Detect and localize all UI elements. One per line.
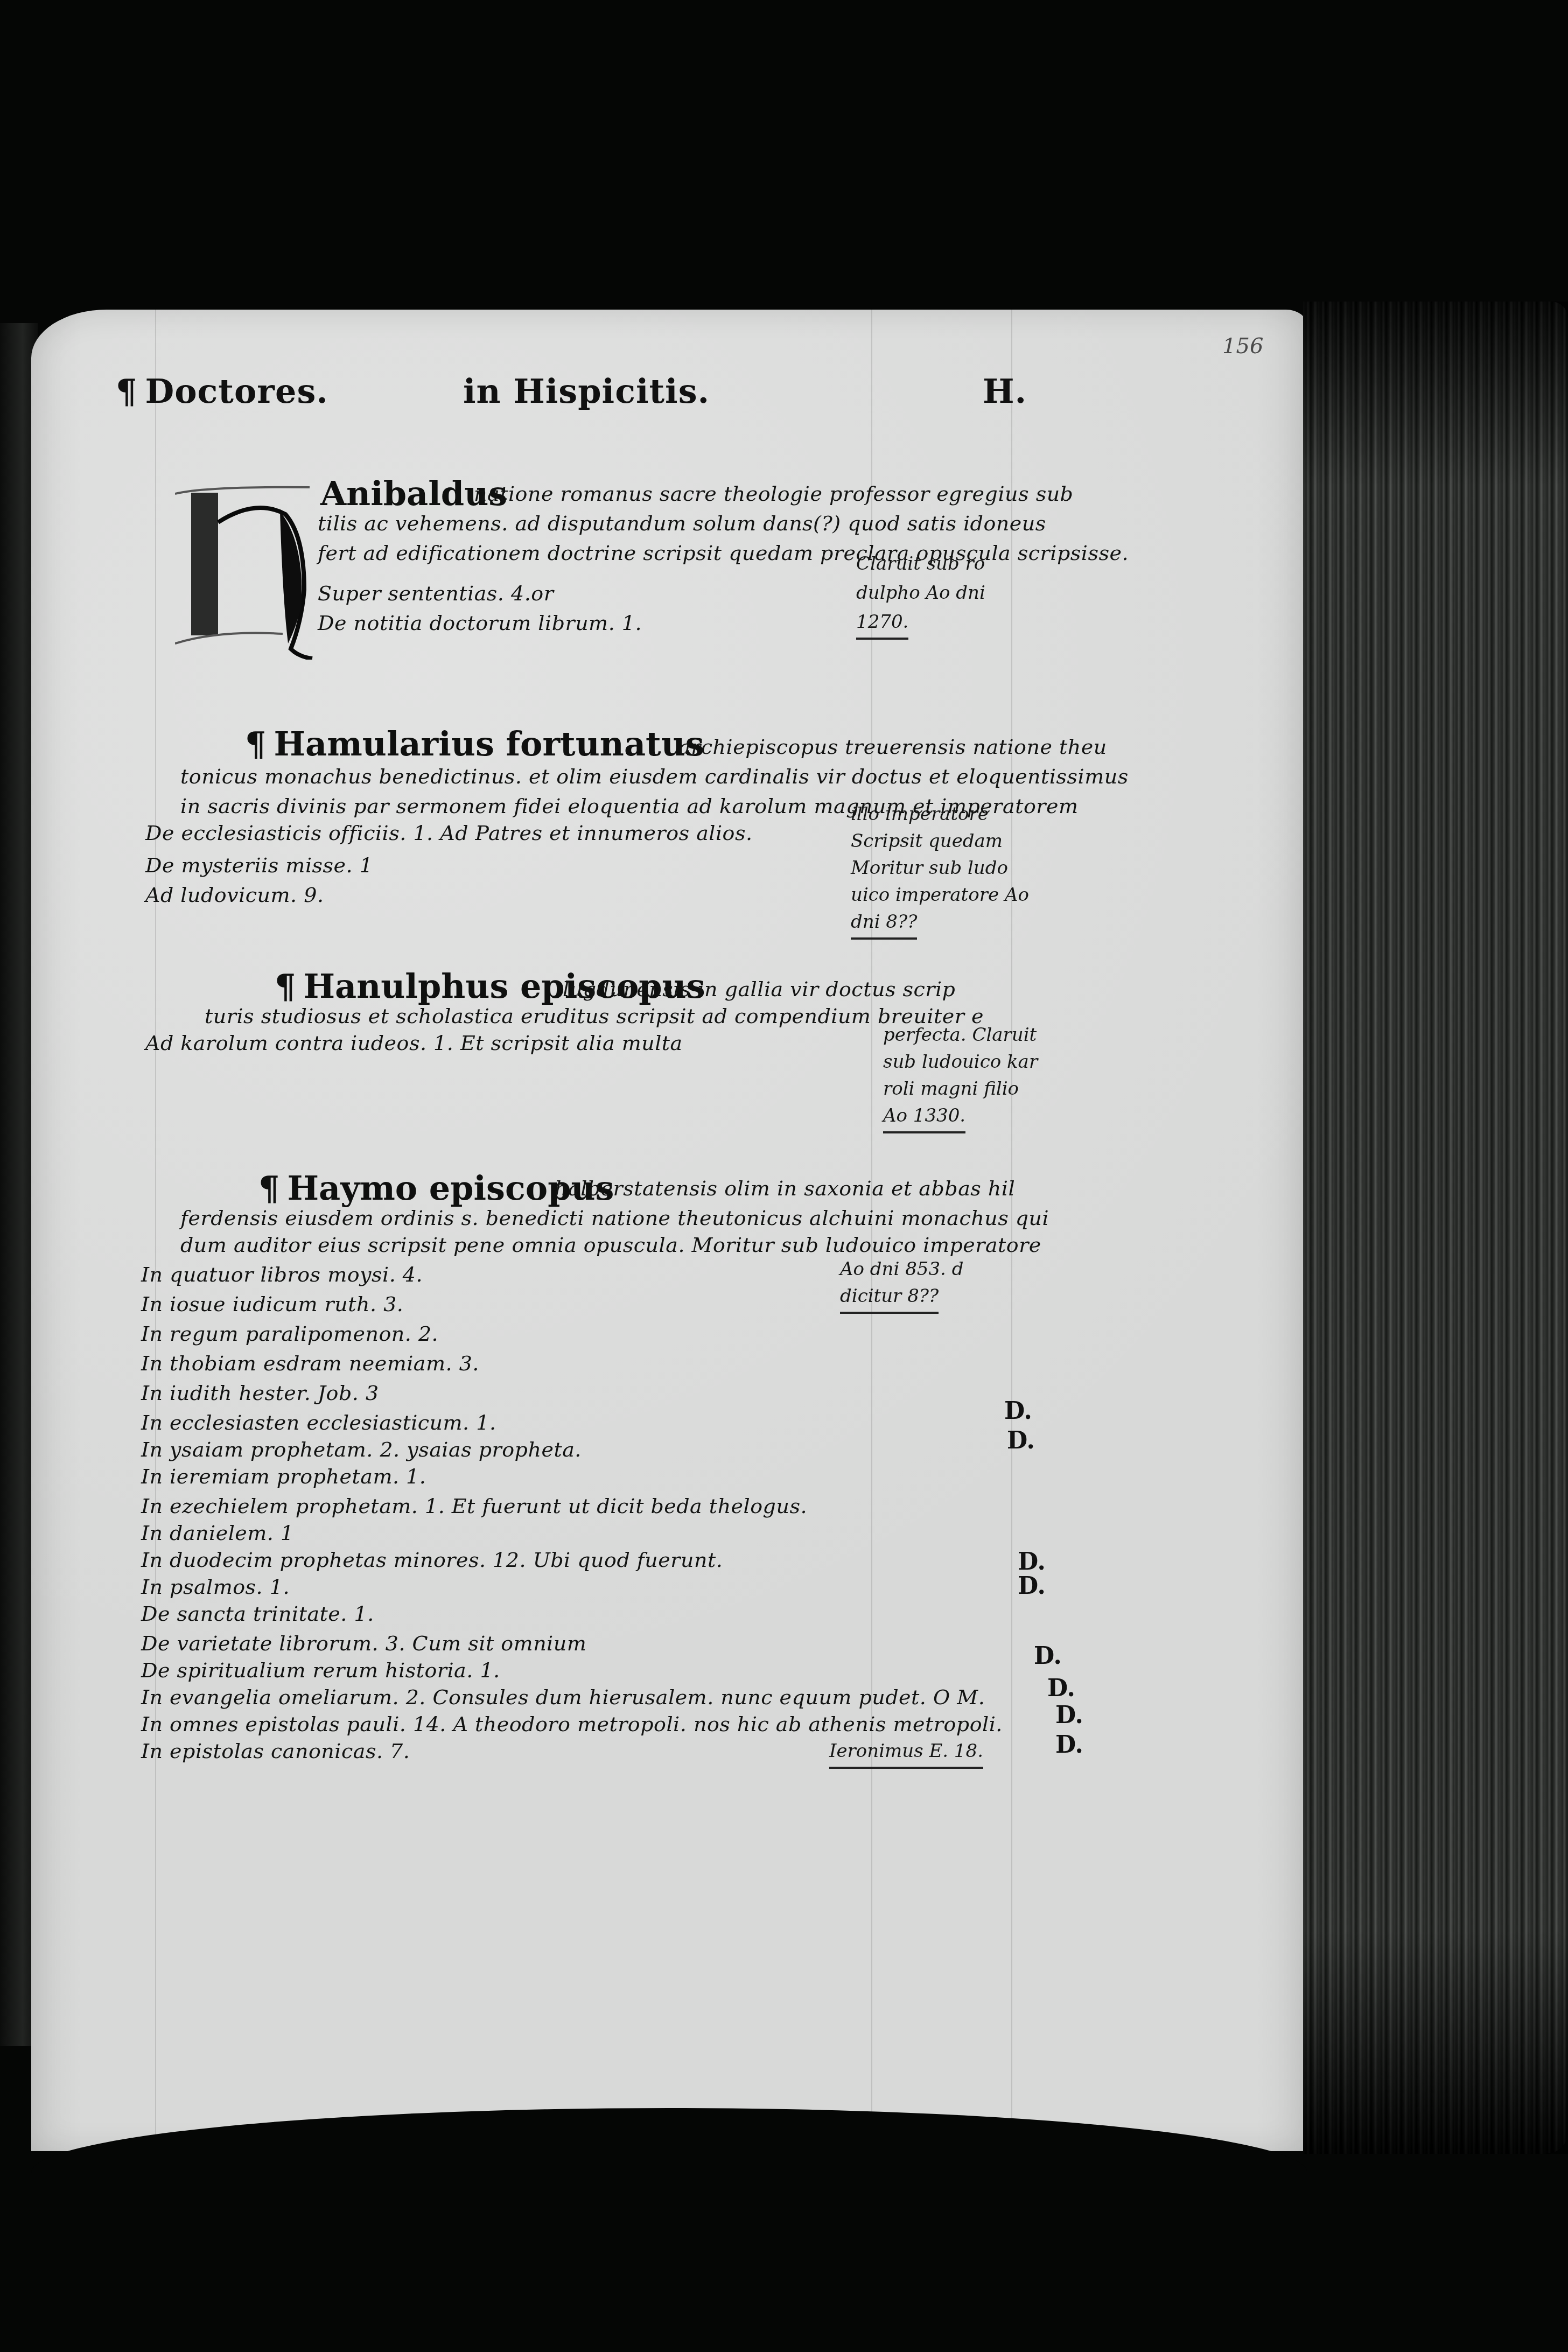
entry-line: tilis ac vehemens. ad disputandum solum …	[318, 512, 1046, 535]
work-line: De mysteriis misse. 1	[145, 853, 373, 877]
entry-line: ferdensis eiusdem ordinis s. benedicti n…	[180, 1206, 1049, 1230]
work-line: In iosue iudicum ruth. 3.	[141, 1292, 403, 1316]
margin-marker-d: D.	[1034, 1642, 1062, 1670]
work-line: In danielem. 1	[141, 1521, 294, 1545]
margin-note-line: Ao dni 853. d	[840, 1255, 963, 1284]
entry-line: fert ad edificationem doctrine scripsit …	[318, 541, 1129, 565]
entry-line: archiepiscopus treuerensis natione theu	[678, 735, 1107, 759]
margin-note-date: Ao 1330.	[883, 1101, 965, 1133]
work-line: In psalmos. 1.	[141, 1575, 290, 1599]
pilcrow-icon: ¶	[116, 372, 137, 411]
work-line: In duodecim prophetas minores. 12. Ubi q…	[141, 1548, 723, 1572]
work-line: In omnes epistolas pauli. 14. A theodoro…	[141, 1712, 1003, 1736]
entry-line: halberstatensis olim in saxonia et abbas…	[555, 1177, 1015, 1200]
work-line: In ysaiam prophetam. 2. ysaias propheta.	[141, 1438, 582, 1461]
ruling-line	[155, 310, 156, 2151]
folio-number: 156	[1222, 334, 1263, 359]
margin-note-line: uico imperatore Ao	[851, 880, 1029, 909]
header-center: in Hispicitis.	[463, 372, 710, 411]
work-line: Ad karolum contra iudeos. 1. Et scripsit…	[145, 1031, 683, 1055]
work-line: De notitia doctorum librum. 1.	[318, 611, 642, 635]
margin-note-line: perfecta. Claruit	[883, 1020, 1037, 1049]
work-line: De ecclesiasticis officiis. 1. Ad Patres…	[145, 821, 753, 845]
pilcrow-icon: ¶	[258, 1168, 279, 1208]
margin-note-line: Claruit sub ro	[856, 549, 985, 578]
margin-marker-d: D.	[1004, 1397, 1032, 1425]
work-line: In ezechielem prophetam. 1. Et fuerunt u…	[141, 1494, 807, 1518]
ruling-line	[1011, 310, 1012, 2151]
margin-note-line: dulpho Ao dni	[856, 578, 985, 607]
decorated-initial-h-icon	[175, 482, 320, 660]
margin-note-line: Moritur sub ludo	[851, 853, 1008, 883]
header-left-text: Doctores.	[145, 372, 328, 411]
margin-note-date: dicitur 8??	[840, 1282, 939, 1314]
entry-line: dum auditor eius scripsit pene omnia opu…	[180, 1233, 1041, 1257]
work-line: In thobiam esdram neemiam. 3.	[141, 1352, 479, 1375]
work-line: In quatuor libros moysi. 4.	[141, 1263, 423, 1286]
work-line: In ieremiam prophetam. 1.	[141, 1465, 426, 1488]
work-line: In regum paralipomenon. 2.	[141, 1322, 438, 1346]
work-line: In iudith hester. Job. 3	[141, 1381, 379, 1405]
work-line: Super sententias. 4.or	[318, 582, 554, 605]
work-line: De varietate librorum. 3. Cum sit omnium	[141, 1632, 586, 1655]
margin-marker-d: D.	[1055, 1731, 1083, 1759]
pilcrow-icon: ¶	[245, 724, 266, 764]
margin-marker-d: D.	[1047, 1675, 1075, 1702]
entry-heading-text: Hamularius fortunatus	[274, 724, 704, 764]
entry-line: tonicus monachus benedictinus. et olim e…	[180, 765, 1129, 788]
margin-note-line: Scripsit quedam	[851, 827, 1003, 856]
entry-line: turis studiosus et scholastica eruditus …	[205, 1004, 984, 1028]
margin-marker-d: D.	[1018, 1572, 1046, 1600]
margin-note-date: 1270.	[856, 607, 908, 640]
book-fore-edge	[1303, 302, 1568, 2154]
work-line: De spiritualium rerum historia. 1.	[141, 1658, 500, 1682]
entry-line: natione romanus sacre theologie professo…	[474, 482, 1073, 506]
margin-marker-d: D.	[1018, 1548, 1046, 1576]
margin-marker-d: D.	[1007, 1427, 1035, 1454]
work-line: In ecclesiasten ecclesiasticum. 1.	[141, 1411, 496, 1434]
entry-line: lugdunensis in gallia vir doctus scrip	[563, 977, 955, 1001]
margin-note-line: sub ludouico kar	[883, 1047, 1038, 1076]
work-line: De sancta trinitate. 1.	[141, 1602, 374, 1626]
work-line: In epistolas canonicas. 7.	[141, 1739, 410, 1763]
work-line: In evangelia omeliarum. 2. Consules dum …	[141, 1685, 985, 1709]
margin-note-line: roli magni filio	[883, 1074, 1019, 1103]
bottom-note: Ieronimus E. 18.	[829, 1737, 983, 1769]
entry-heading-hamularius: ¶Hamularius fortunatus	[245, 724, 704, 764]
header-right: H.	[983, 372, 1027, 411]
header-left: ¶Doctores.	[116, 372, 328, 411]
margin-marker-d: D.	[1055, 1702, 1083, 1729]
pilcrow-icon: ¶	[275, 967, 296, 1006]
work-line: Ad ludovicum. 9.	[145, 883, 324, 907]
margin-note-date: dni 8??	[851, 907, 917, 940]
margin-note-line: illo imperatore	[851, 800, 989, 829]
